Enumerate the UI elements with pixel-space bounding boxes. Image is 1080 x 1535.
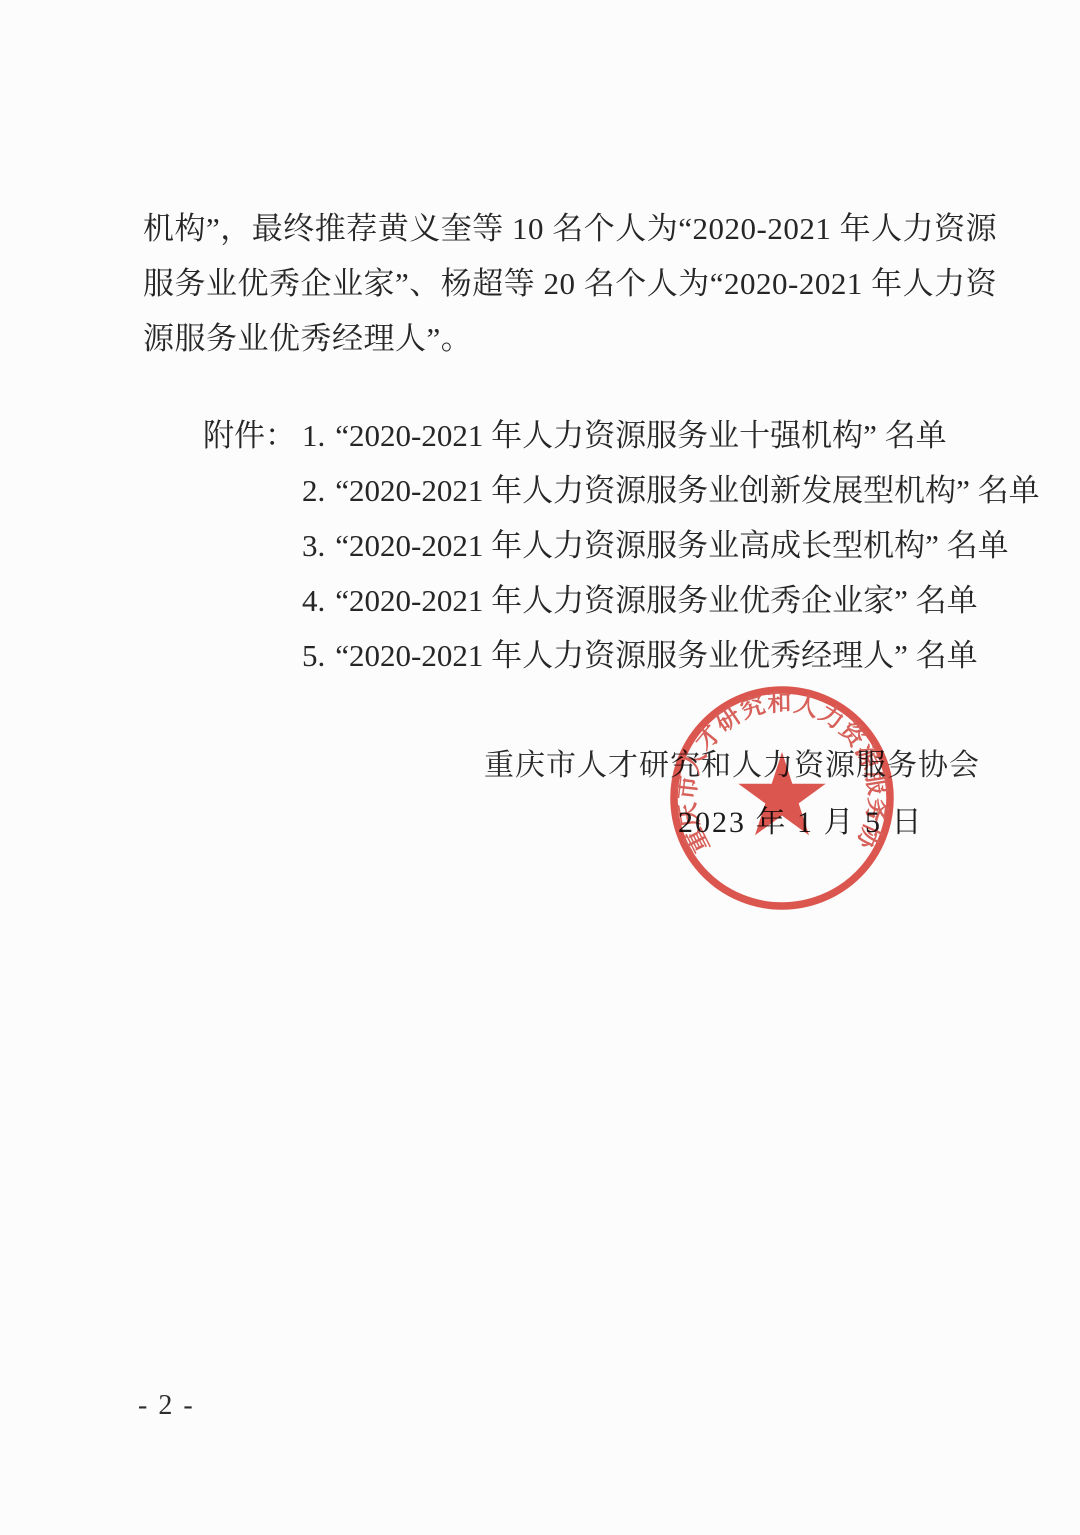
attachment-item-text: “2020-2021 年人力资源服务业高成长型机构” 名单 (335, 528, 1008, 563)
attachment-item-text: “2020-2021 年人力资源服务业优秀企业家” 名单 (335, 583, 977, 618)
attachment-label: 附件： (203, 408, 296, 463)
seal-ring-textpath: 重庆市人才研究和人力资源服务协会 (650, 666, 892, 857)
body-paragraph: 机构”，最终推荐黄义奎等 10 名个人为“2020-2021 年人力资源 服务业… (143, 201, 983, 366)
attachment-item: 2.“2020-2021 年人力资源服务业创新发展型机构” 名单 (302, 463, 1040, 518)
attachment-item-number: 3. (302, 518, 325, 573)
seal-graphic: 重庆市人才研究和人力资源服务协会 (650, 666, 914, 930)
attachment-item-number: 1. (302, 408, 325, 463)
official-seal-stamp: 重庆市人才研究和人力资源服务协会 (650, 666, 914, 930)
paragraph-line: 服务业优秀企业家”、杨超等 20 名个人为“2020-2021 年人力资 (143, 256, 983, 311)
star-icon (738, 752, 825, 835)
page-number: - 2 - (138, 1390, 195, 1422)
attachment-item-text: “2020-2021 年人力资源服务业创新发展型机构” 名单 (335, 473, 1039, 508)
attachment-item-number: 5. (302, 628, 325, 683)
paragraph-line: 机构”，最终推荐黄义奎等 10 名个人为“2020-2021 年人力资源 (143, 201, 983, 256)
attachment-item: 4.“2020-2021 年人力资源服务业优秀企业家” 名单 (302, 573, 1040, 628)
attachment-items: 1.“2020-2021 年人力资源服务业十强机构” 名单 2.“2020-20… (302, 408, 1040, 683)
attachment-item-text: “2020-2021 年人力资源服务业十强机构” 名单 (335, 418, 946, 453)
attachment-list: 附件： 1.“2020-2021 年人力资源服务业十强机构” 名单 2.“202… (203, 408, 1040, 683)
attachment-item: 1.“2020-2021 年人力资源服务业十强机构” 名单 (302, 408, 1040, 463)
document-page: 机构”，最终推荐黄义奎等 10 名个人为“2020-2021 年人力资源 服务业… (0, 0, 1080, 1535)
attachment-item-number: 2. (302, 463, 325, 518)
paragraph-line: 源服务业优秀经理人”。 (143, 311, 983, 366)
attachment-item-number: 4. (302, 573, 325, 628)
seal-ring-text: 重庆市人才研究和人力资源服务协会 (650, 666, 892, 857)
attachment-item: 3.“2020-2021 年人力资源服务业高成长型机构” 名单 (302, 518, 1040, 573)
